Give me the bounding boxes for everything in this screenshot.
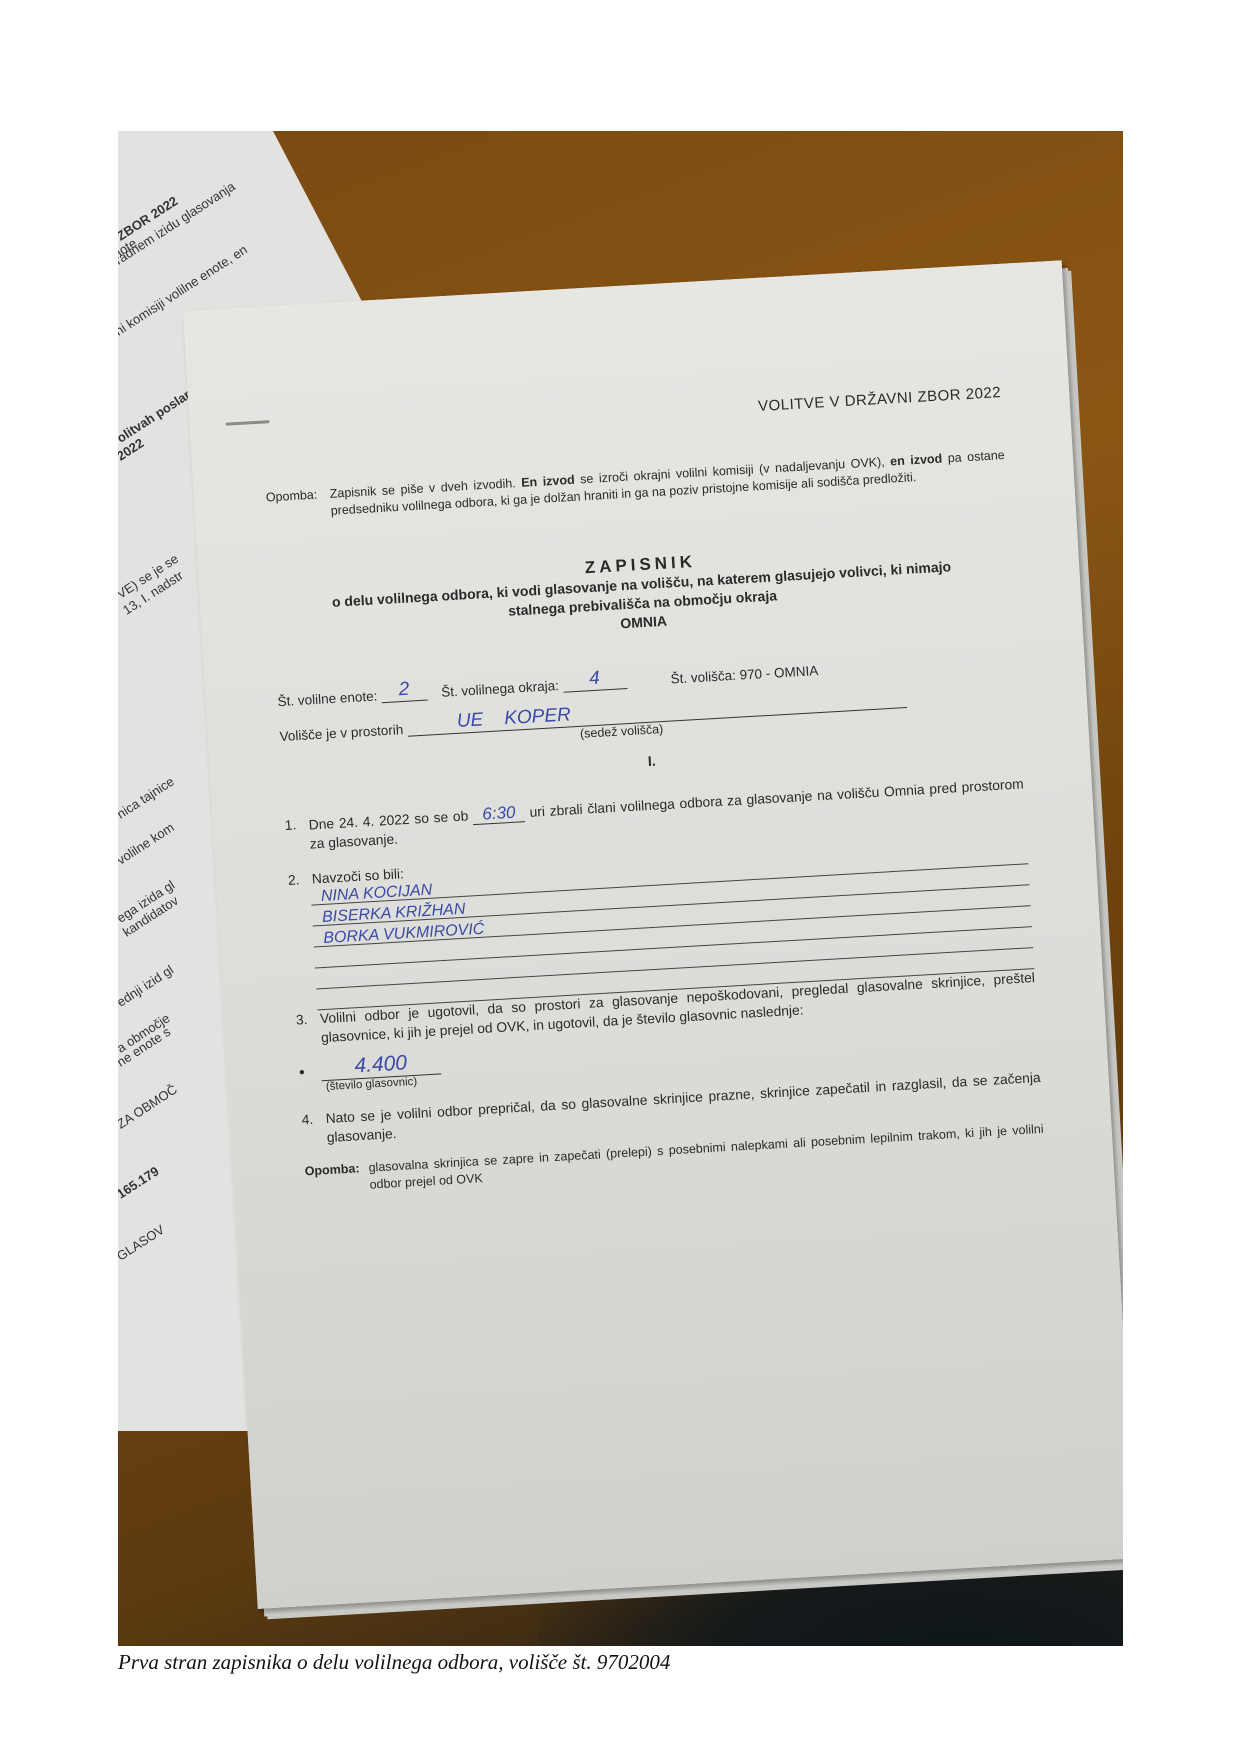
bg-text: olitvah poslar [118, 387, 193, 446]
district-label: Št. volilnega okraja: [441, 678, 559, 700]
bg-text: nica tajnice [118, 774, 177, 822]
time-field[interactable]: 6:30 [472, 802, 525, 825]
bg-text: 165.179 [118, 1163, 162, 1201]
premises-label: Volišče je v prostorih [279, 722, 403, 744]
bg-text: GLASOV [118, 1222, 167, 1264]
note-label: Opomba: [265, 486, 331, 524]
district-value-field[interactable]: 4 [562, 666, 627, 693]
bg-text: volilne kom [118, 820, 177, 868]
station-label: Št. volišča: 970 - OMNIA [670, 663, 818, 686]
document-photo: ZBOR 2022 radnem izidu glasovanja note n… [118, 131, 1123, 1646]
bullet-icon: • [299, 1063, 322, 1082]
figure-caption: Prva stran zapisnika o delu volilnega od… [118, 1650, 670, 1675]
form-sheet: VOLITVE V DRŽAVNI ZBOR 2022 Opomba: Zapi… [183, 260, 1123, 1609]
bg-text: ednji izid gl [118, 962, 176, 1010]
unit-value-field[interactable]: 2 [380, 678, 427, 704]
bg-text: ZA OBMOČ [118, 1082, 180, 1132]
unit-label: Št. volilne enote: [277, 688, 378, 709]
seal-note-label: Opomba: [304, 1160, 370, 1198]
